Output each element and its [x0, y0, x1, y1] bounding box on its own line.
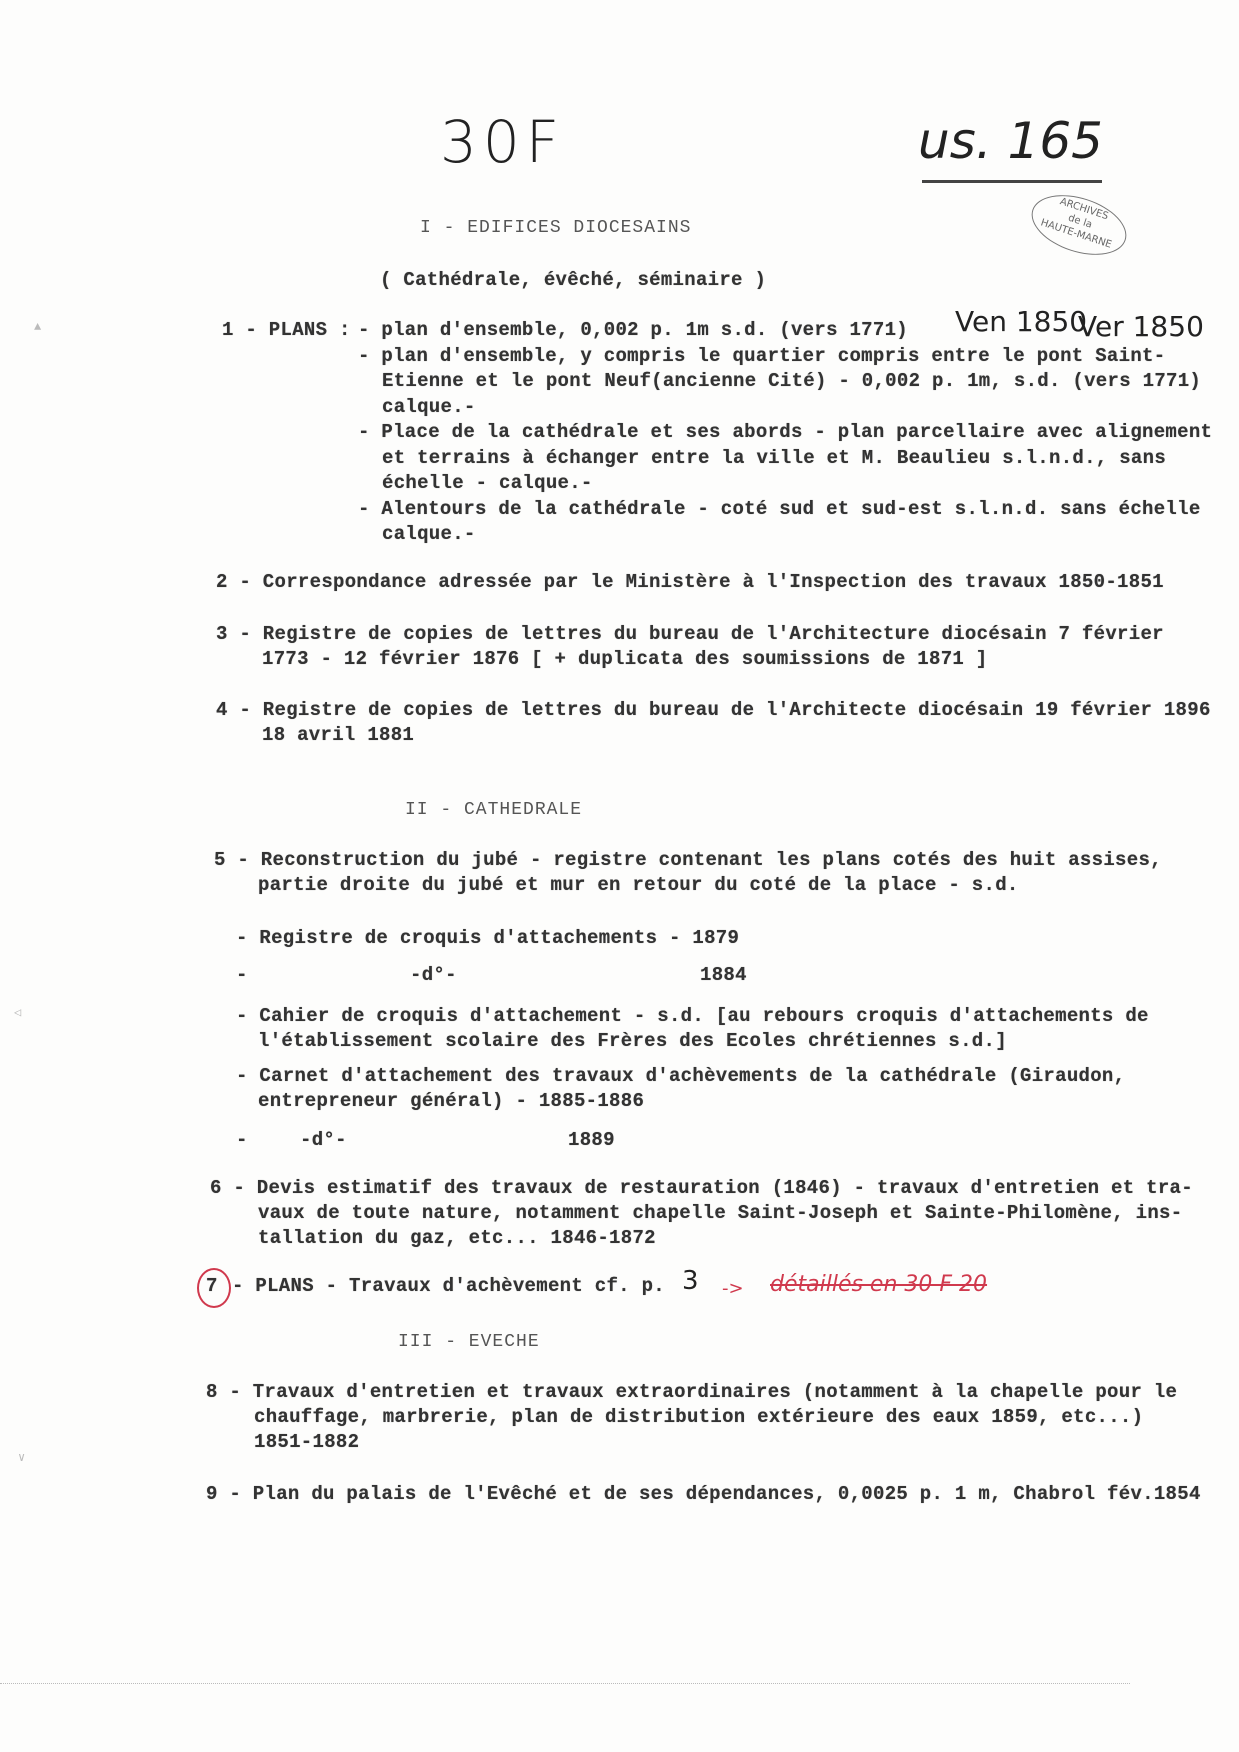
section-subtitle-1: ( Cathédrale, évêché, séminaire ) [380, 268, 766, 293]
item-8-line-3: 1851-1882 [254, 1430, 359, 1455]
item-5-sub-4-line-1: - Carnet d'attachement des travaux d'ach… [236, 1064, 1125, 1089]
item-9: 9 - Plan du palais de l'Evêché et de ses… [206, 1482, 1201, 1507]
handwritten-date-1: Ven 1850 [955, 305, 1087, 338]
item-4-line-1: 4 - Registre de copies de lettres du bur… [216, 698, 1211, 723]
item-5-sub-2-ditto: -d°- [410, 963, 457, 988]
margin-mark: ▲ [34, 320, 41, 334]
ref-underline [922, 180, 1102, 183]
item-3-line-2: 1773 - 12 février 1876 [ + duplicata des… [262, 647, 988, 672]
item-5-sub-3-line-2: l'établissement scolaire des Frères des … [258, 1029, 1007, 1054]
item-1-line-6: et terrains à échanger entre la ville et… [382, 446, 1166, 471]
item-5-sub-4-line-2: entrepreneur général) - 1885-1886 [258, 1089, 644, 1114]
item-1-line-2: - plan d'ensemble, y compris le quartier… [358, 344, 1165, 369]
margin-mark: ∨ [18, 1450, 25, 1465]
item-1-label: 1 - PLANS : [222, 318, 351, 343]
item-7-text: - PLANS - Travaux d'achèvement cf. p. [232, 1274, 665, 1299]
item-3-line-1: 3 - Registre de copies de lettres du bur… [216, 622, 1164, 647]
item-1-line-8: - Alentours de la cathédrale - coté sud … [358, 497, 1201, 522]
section-title-3: III - EVECHE [398, 1332, 540, 1352]
red-arrow-annotation: -> [722, 1278, 744, 1299]
item-1-line-9: calque.- [382, 522, 476, 547]
item-5-line-1: 5 - Reconstruction du jubé - registre co… [214, 848, 1162, 873]
item-6-line-2: vaux de toute nature, notamment chapelle… [258, 1201, 1182, 1226]
handwritten-ref-us165: us. 165 [918, 112, 1103, 170]
item-5-sub-3-line-1: - Cahier de croquis d'attachement - s.d.… [236, 1004, 1149, 1029]
item-1-line-3: Etienne et le pont Neuf(ancienne Cité) -… [382, 369, 1201, 394]
item-6-line-3: tallation du gaz, etc... 1846-1872 [258, 1226, 656, 1251]
section-title-2: II - CATHEDRALE [405, 800, 582, 820]
item-1-line-5: - Place de la cathédrale et ses abords -… [358, 420, 1212, 445]
red-struck-note: détaillés en 30 F 20 [770, 1272, 987, 1297]
page-bottom-edge [0, 1683, 1130, 1684]
section-title-1: I - EDIFICES DIOCESAINS [420, 218, 691, 238]
item-8-line-2: chauffage, marbrerie, plan de distributi… [254, 1405, 1143, 1430]
item-8-line-1: 8 - Travaux d'entretien et travaux extra… [206, 1380, 1177, 1405]
item-5-sub-5-year: 1889 [568, 1128, 615, 1153]
item-1-line-1: - plan d'ensemble, 0,002 p. 1m s.d. (ver… [358, 318, 908, 343]
archives-stamp: ARCHIVES de la HAUTE-MARNE [1024, 184, 1134, 266]
handwritten-ref-30f: 30F [440, 108, 565, 176]
item-6-line-1: 6 - Devis estimatif des travaux de resta… [210, 1176, 1193, 1201]
handwritten-date-2: Ver 1850 [1078, 310, 1204, 343]
item-5-sub-5-dash: - [236, 1128, 248, 1153]
margin-mark: ◁ [14, 1005, 21, 1020]
item-5-sub-2-dash: - [236, 963, 248, 988]
item-1-line-7: échelle - calque.- [382, 471, 593, 496]
item-5-line-2: partie droite du jubé et mur en retour d… [258, 873, 1019, 898]
item-2: 2 - Correspondance adressée par le Minis… [216, 570, 1164, 595]
item-5-sub-5-ditto: -d°- [300, 1128, 347, 1153]
item-7-number: 7 [206, 1274, 218, 1299]
item-5-sub-2-year: 1884 [700, 963, 747, 988]
item-5-sub-1: - Registre de croquis d'attachements - 1… [236, 926, 739, 951]
item-4-line-2: 18 avril 1881 [262, 723, 414, 748]
item-1-line-4: calque.- [382, 395, 476, 420]
item-7-handwritten-page: 3 [682, 1266, 699, 1296]
